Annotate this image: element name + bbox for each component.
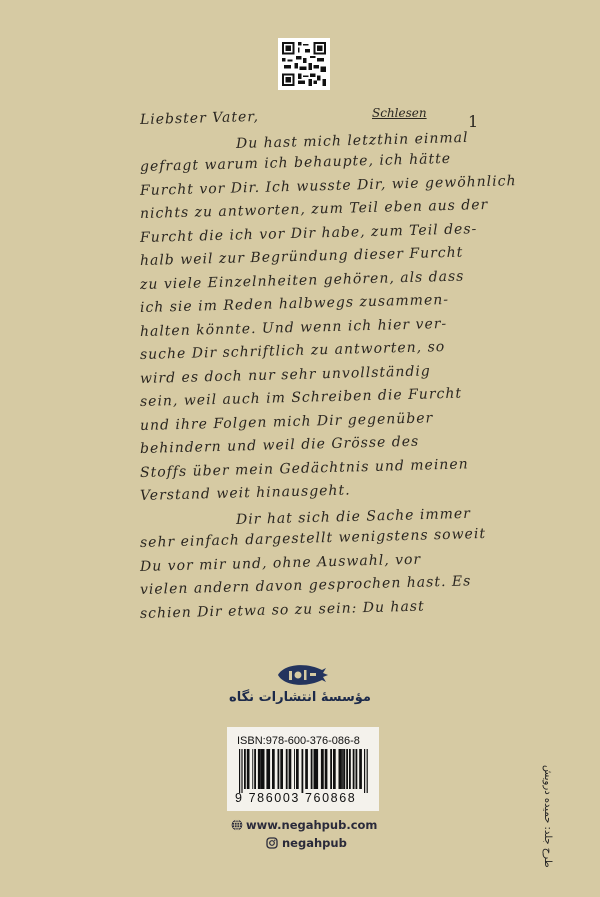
- qr-code-icon: [282, 42, 326, 86]
- letter-page-number: 1: [468, 112, 478, 131]
- letter-line: Liebster Vater,: [140, 109, 259, 128]
- letter-header-note: Schlesen: [372, 106, 427, 120]
- letter-line: vielen andern davon gesprochen hast. Es: [140, 573, 472, 598]
- letter-line: nichts zu antworten, zum Teil eben aus d…: [140, 197, 489, 222]
- instagram-link[interactable]: negahpub: [266, 836, 347, 850]
- instagram-handle[interactable]: negahpub: [282, 836, 347, 850]
- letter-line: halten könnte. Und wenn ich hier ver-: [140, 315, 448, 339]
- website-link[interactable]: www.negahpub.com: [231, 818, 377, 832]
- letter-line: Du hast mich letzthin einmal: [236, 129, 469, 151]
- letter-line: schien Dir etwa so zu sein: Du hast: [140, 598, 425, 621]
- letter-line: sein, weil auch im Schreiben die Furcht: [140, 386, 462, 410]
- letter-line: halb weil zur Begründung dieser Furcht: [140, 245, 464, 269]
- letter-line: behindern und weil die Grösse des: [140, 434, 420, 457]
- letter-line: suche Dir schriftlich zu antworten, so: [140, 339, 446, 363]
- instagram-icon: [266, 837, 278, 849]
- letter-line: Stoffs über mein Gedächtnis und meinen: [140, 456, 469, 481]
- website-url[interactable]: www.negahpub.com: [246, 818, 377, 832]
- letter-line: sehr einfach dargestellt wenigstens sowe…: [140, 526, 486, 551]
- letter-line: ich sie im Reden halbwegs zusammen-: [140, 292, 449, 316]
- isbn-digits: 9 786003 760868: [235, 791, 356, 805]
- letter-line: Verstand weit hinausgeht.: [140, 482, 351, 504]
- barcode-bars: [239, 749, 369, 793]
- isbn-barcode: ISBN:978-600-376-086-8 9 786003 760868: [227, 727, 379, 811]
- letter-line: gefragt warum ich behaupte, ich hätte: [140, 151, 451, 175]
- letter-line: und ihre Folgen mich Dir gegenüber: [140, 410, 434, 434]
- publisher-name: مؤسسهٔ انتشارات نگاه: [0, 690, 600, 705]
- letter-line: Dir hat sich die Sache immer: [236, 505, 471, 527]
- letter-line: Furcht die ich vor Dir habe, zum Teil de…: [140, 221, 478, 246]
- negah-leaf-logo-icon: [276, 662, 328, 688]
- letter-line: Du vor mir und, ohne Auswahl, vor: [140, 551, 422, 574]
- isbn-label: ISBN:978-600-376-086-8: [237, 735, 360, 747]
- letter-line: wird es doch nur sehr unvollständig: [140, 363, 431, 387]
- letter-line: Furcht vor Dir. Ich wusste Dir, wie gewö…: [140, 173, 517, 199]
- qr-code: [278, 38, 330, 90]
- letter-line: zu viele Einzelnheiten gehören, als dass: [140, 268, 465, 292]
- globe-icon: [231, 819, 243, 831]
- cover-designer-credit: طرح جلد: حمیده درویش: [542, 765, 553, 868]
